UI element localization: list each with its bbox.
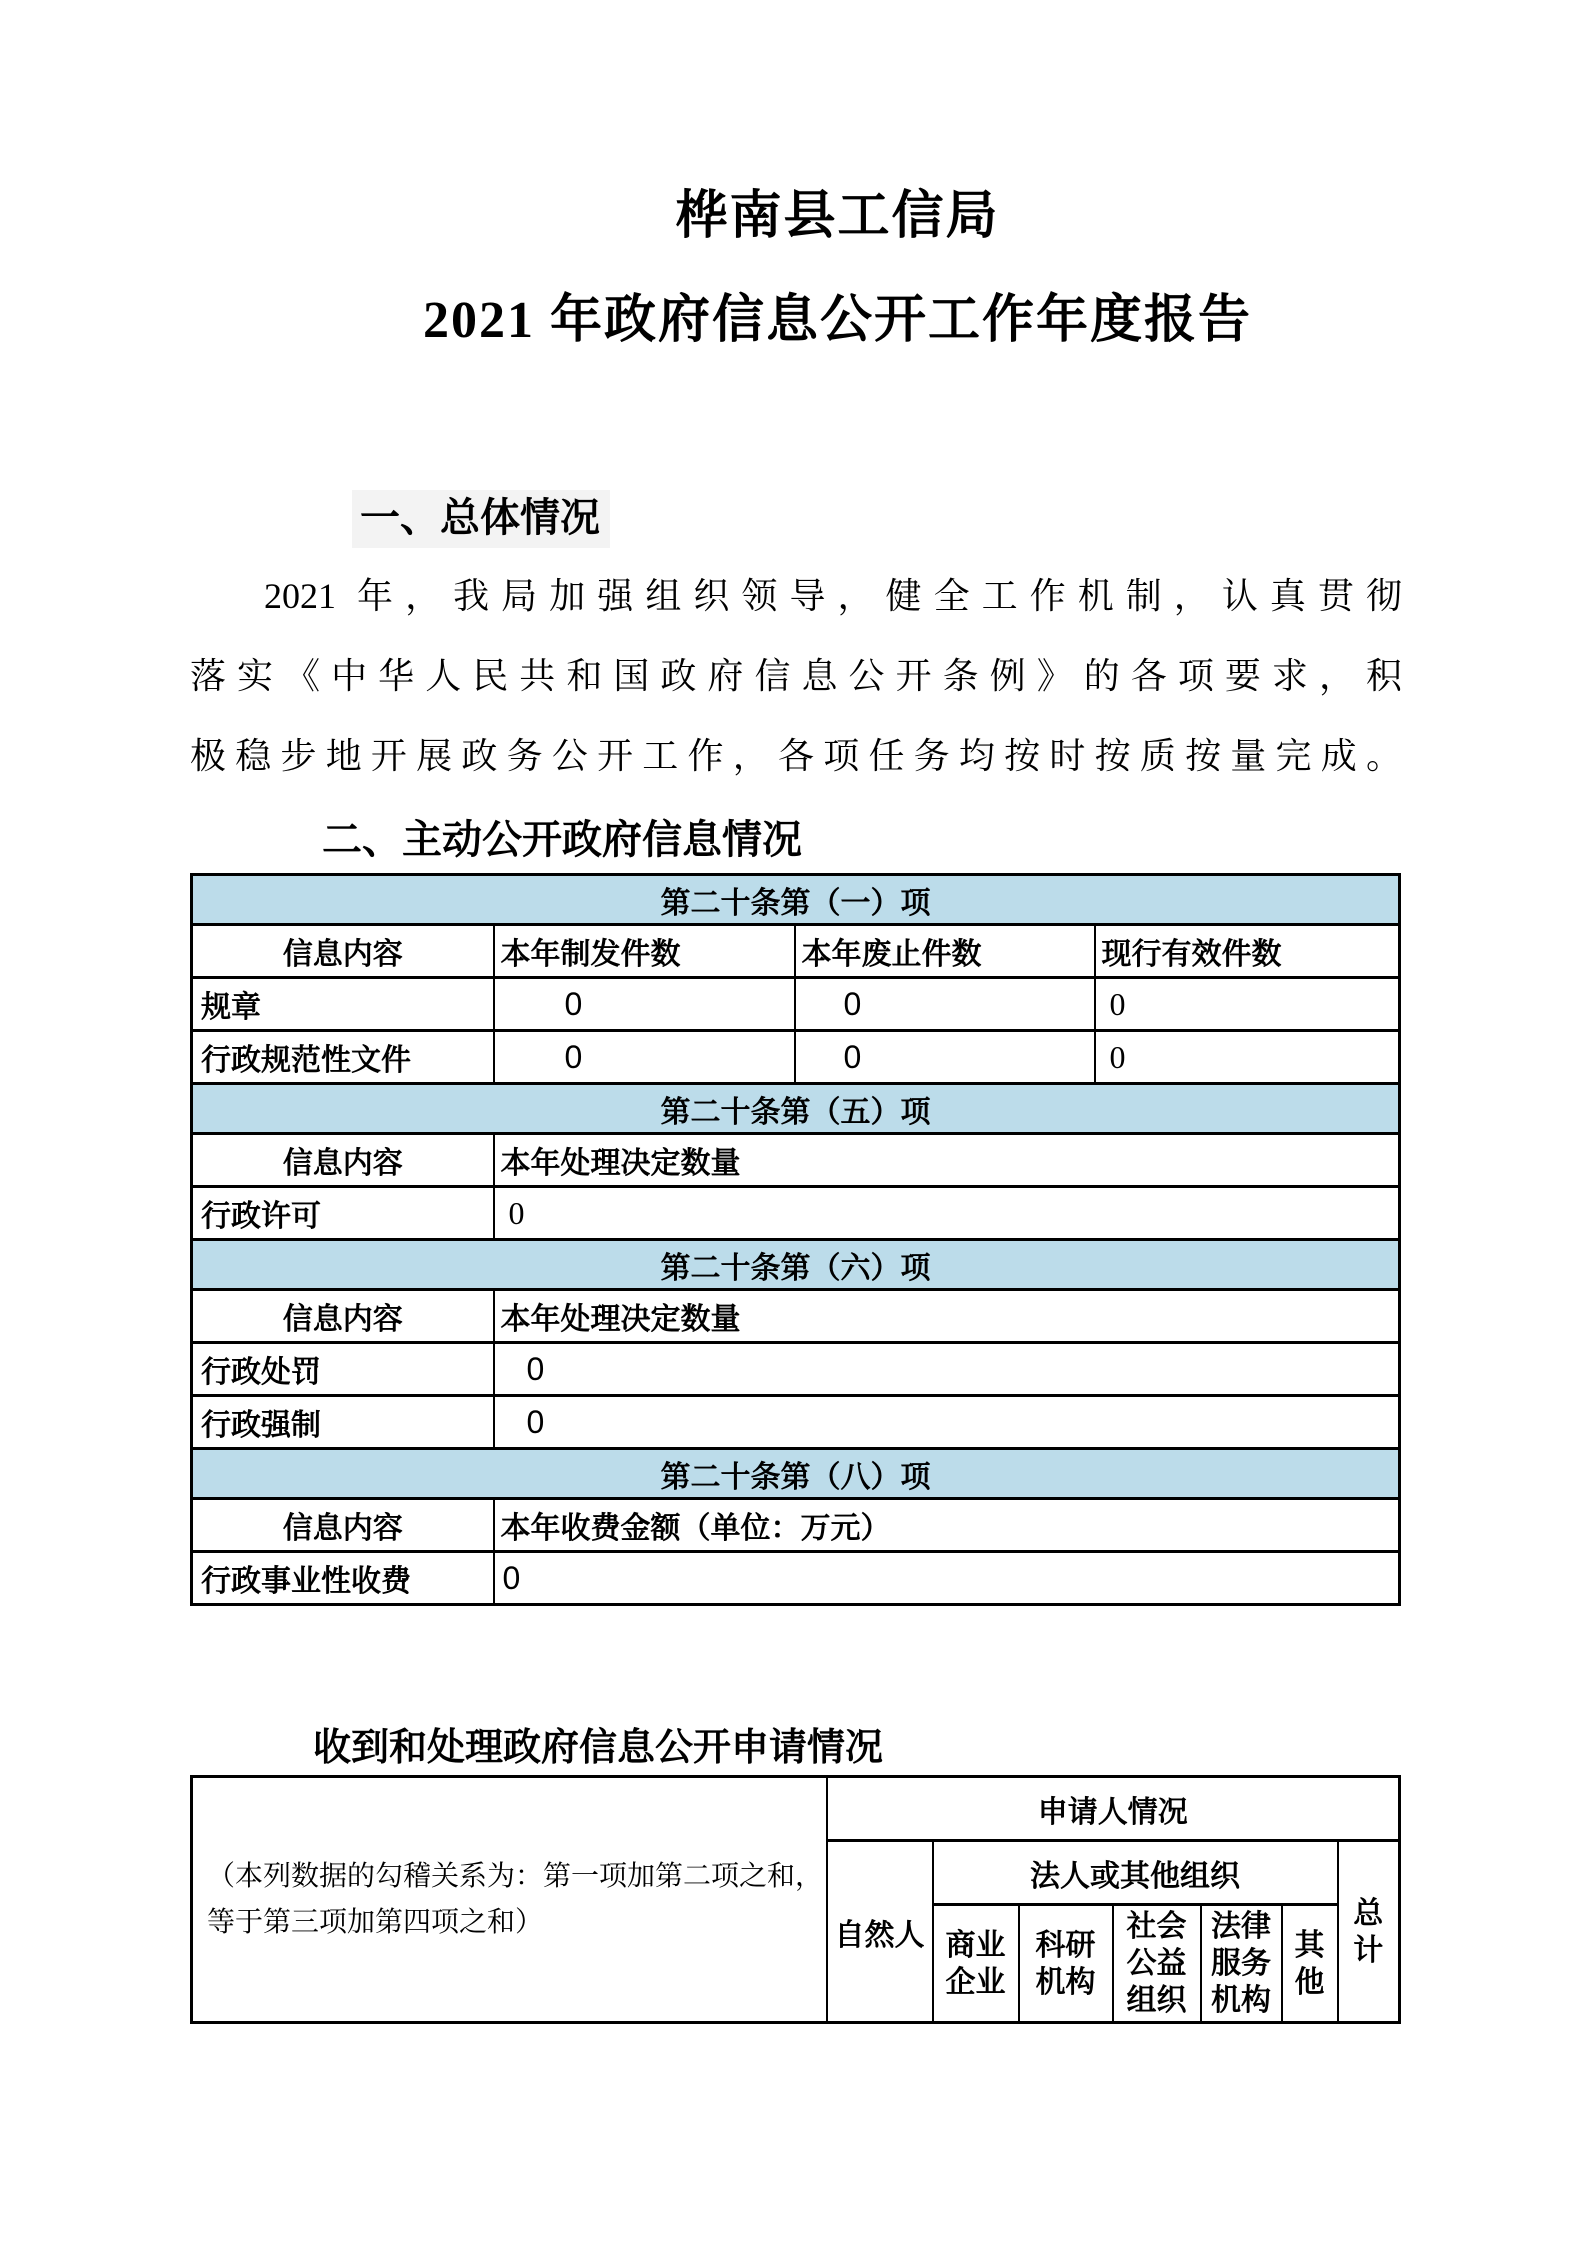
cell-value: 0 <box>1095 1031 1400 1084</box>
cell-value: 0 <box>494 1187 1400 1240</box>
overview-paragraph: 2021 年，我局加强组织领导，健全工作机制，认真贯彻 落实《中华人民共和国政府… <box>190 556 1402 796</box>
overview-paragraph-line-1: 2021 年，我局加强组织领导，健全工作机制，认真贯彻 <box>190 556 1402 636</box>
column-header-fee-amount: 本年收费金额（单位：万元） <box>494 1499 1400 1552</box>
cell-value: 0 <box>494 1031 795 1084</box>
column-header-info-content: 信息内容 <box>192 1134 494 1187</box>
column-header-repealed-count: 本年废止件数 <box>795 925 1095 978</box>
row-label: 行政许可 <box>192 1187 494 1240</box>
row-label: 行政强制 <box>192 1396 494 1449</box>
table-part5-title-row: 第二十条第（五）项 <box>192 1084 1400 1134</box>
column-header-info-content: 信息内容 <box>192 925 494 978</box>
table-part6-title-row: 第二十条第（六）项 <box>192 1240 1400 1290</box>
document-title-line2: 2021 年政府信息公开工作年度报告 <box>88 290 1587 352</box>
table-row-rules: 规章 0 0 0 <box>192 978 1400 1031</box>
org-type-header-public-welfare: 社会 公益 组织 <box>1113 1905 1201 2023</box>
applicant-status-header: 申请人情况 <box>827 1777 1400 1841</box>
cell-value: 0 <box>1095 978 1400 1031</box>
table-part1-header-row: 信息内容 本年制发件数 本年废止件数 现行有效件数 <box>192 925 1400 978</box>
cell-value: 0 <box>494 978 795 1031</box>
column-header-effective-count: 现行有效件数 <box>1095 925 1400 978</box>
row-label: 规章 <box>192 978 494 1031</box>
cell-value: 0 <box>795 1031 1095 1084</box>
disclosure-table: 第二十条第（一）项 信息内容 本年制发件数 本年废止件数 现行有效件数 规章 0… <box>190 873 1401 1606</box>
overview-paragraph-line-2: 落实《中华人民共和国政府信息公开条例》的各项要求，积 <box>190 636 1402 716</box>
org-type-header-research: 科研 机构 <box>1019 1905 1113 2023</box>
note-line-2: 等于第三项加第四项之和） <box>207 1900 826 1946</box>
total-header: 总 计 <box>1338 1841 1400 2023</box>
table-part8-title-row: 第二十条第（八）项 <box>192 1449 1400 1499</box>
column-header-made-count: 本年制发件数 <box>494 925 795 978</box>
legal-org-header: 法人或其他组织 <box>933 1841 1338 1905</box>
table-row-normative-documents: 行政规范性文件 0 0 0 <box>192 1031 1400 1084</box>
table-row-administrative-license: 行政许可 0 <box>192 1187 1400 1240</box>
cell-value: 0 <box>795 978 1095 1031</box>
column-header-decisions-count: 本年处理决定数量 <box>494 1290 1400 1343</box>
table-row-administrative-penalty: 行政处罚 0 <box>192 1343 1400 1396</box>
document-page: 桦南县工信局 2021 年政府信息公开工作年度报告 一、总体情况 2021 年，… <box>0 0 1587 2245</box>
row-label: 行政规范性文件 <box>192 1031 494 1084</box>
table-row-administrative-fees: 行政事业性收费 0 <box>192 1552 1400 1605</box>
section-heading-proactive-disclosure: 二、主动公开政府信息情况 <box>322 814 802 866</box>
column-header-decisions-count: 本年处理决定数量 <box>494 1134 1400 1187</box>
table-part6-header-row: 信息内容 本年处理决定数量 <box>192 1290 1400 1343</box>
table-row-administrative-coercion: 行政强制 0 <box>192 1396 1400 1449</box>
org-type-header-commercial: 商业 企业 <box>933 1905 1019 2023</box>
note-line-1: （本列数据的勾稽关系为：第一项加第二项之和， <box>207 1854 826 1900</box>
table-part5-title: 第二十条第（五）项 <box>192 1084 1400 1134</box>
table-part8-header-row: 信息内容 本年收费金额（单位：万元） <box>192 1499 1400 1552</box>
document-title-block: 桦南县工信局 2021 年政府信息公开工作年度报告 <box>0 186 1587 352</box>
column-header-info-content: 信息内容 <box>192 1290 494 1343</box>
table-part1-title: 第二十条第（一）项 <box>192 875 1400 925</box>
applications-header-row-1: （本列数据的勾稽关系为：第一项加第二项之和， 等于第三项加第四项之和） 申请人情… <box>192 1777 1400 1841</box>
table-part6-title: 第二十条第（六）项 <box>192 1240 1400 1290</box>
section-heading-overview: 一、总体情况 <box>352 490 610 548</box>
row-label: 行政处罚 <box>192 1343 494 1396</box>
natural-person-header: 自然人 <box>827 1841 933 2023</box>
note-cell: （本列数据的勾稽关系为：第一项加第二项之和， 等于第三项加第四项之和） <box>192 1777 827 2023</box>
applications-table: （本列数据的勾稽关系为：第一项加第二项之和， 等于第三项加第四项之和） 申请人情… <box>190 1775 1401 2024</box>
overview-paragraph-line-3: 极稳步地开展政务公开工作，各项任务均按时按质按量完成。 <box>190 716 1402 796</box>
table-part1-title-row: 第二十条第（一）项 <box>192 875 1400 925</box>
row-label: 行政事业性收费 <box>192 1552 494 1605</box>
applications-table-heading: 收到和处理政府信息公开申请情况 <box>313 1722 883 1774</box>
document-title-line1: 桦南县工信局 <box>88 186 1587 248</box>
table-part8-title: 第二十条第（八）项 <box>192 1449 1400 1499</box>
org-type-header-legal-service: 法律 服务 机构 <box>1201 1905 1282 2023</box>
cell-value: 0 <box>494 1396 1400 1449</box>
cell-value: 0 <box>494 1552 1400 1605</box>
table-part5-header-row: 信息内容 本年处理决定数量 <box>192 1134 1400 1187</box>
cell-value: 0 <box>494 1343 1400 1396</box>
column-header-info-content: 信息内容 <box>192 1499 494 1552</box>
org-type-header-other: 其 他 <box>1282 1905 1338 2023</box>
